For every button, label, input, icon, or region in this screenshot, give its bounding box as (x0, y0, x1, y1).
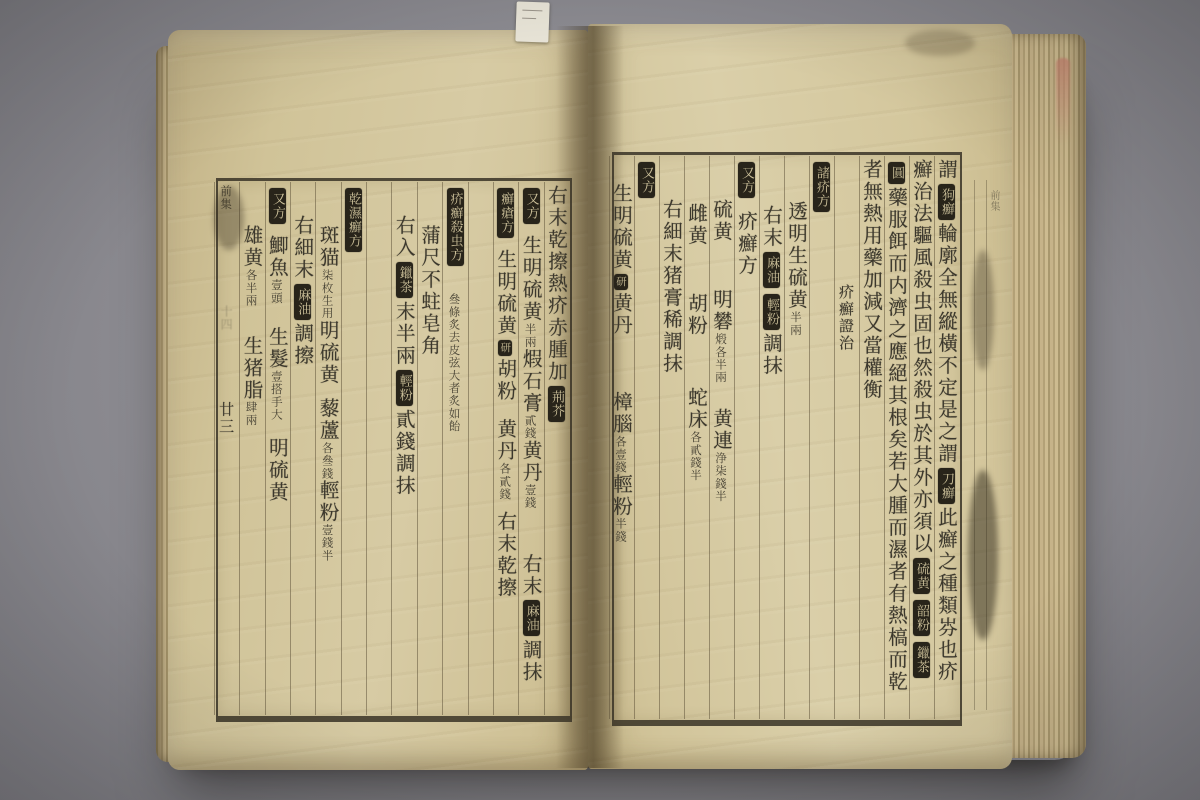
glyph-run: 輕粉 (317, 480, 340, 524)
column-gap (302, 185, 303, 215)
dosage-annotation: 壹錢 (524, 484, 538, 509)
dosage-annotation: 前集 (219, 185, 233, 210)
dosage-annotation: 各半兩 (714, 346, 728, 384)
title-cartouche: 輕粉 (763, 294, 780, 330)
book-photograph: 謂狗癬輪廓全無縱橫不定是之謂刀癬此癬之種類㞣也疥癬治法驅風殺虫固也然殺虫於其外亦… (0, 0, 1200, 800)
text-column: 右入鑞茶末半兩輕粉貳錢調抹 (391, 182, 416, 715)
glyph-run: 雌黄 (685, 203, 708, 247)
column-gap (696, 159, 697, 203)
text-column (366, 182, 391, 715)
glyph-run: 右末乾擦 (494, 511, 517, 599)
text-column: 右細末麻油調擦 (290, 182, 315, 715)
text-column: 疥癬殺虫方叄條炙去皮弦大者炙如飴 (442, 182, 467, 715)
dosage-annotation: 壹錢半 (321, 524, 335, 562)
text-column: 謂狗癬輪廓全無縱橫不定是之謂刀癬此癬之種類㞣也疥 (934, 156, 959, 719)
column-gap (327, 386, 328, 398)
left-page-columns: 右末乾擦熱疥赤腫加荊芥又方生明硫黄半兩煆石膏貳錢黄丹壹錢右末麻油調抹癬瘡方生明硫… (219, 182, 569, 715)
text-column: 雄黄各半兩生猪脂肆兩 (239, 182, 264, 715)
dosage-annotation: 浄 (714, 452, 728, 465)
glyph-run: 此癬之種類㞣也疥 (935, 507, 958, 683)
text-column: 者無熱用藥加減又當權衡 (859, 156, 884, 719)
glyph-run: 右細末 (291, 215, 314, 281)
column-gap (671, 159, 672, 199)
column-gap (276, 421, 277, 437)
text-column: 又方鯽魚壹頭生髮壹搭手大明硫黄 (265, 182, 290, 715)
text-column: 蒲尺不蛀皂角 (417, 182, 442, 715)
column-gap (251, 307, 252, 335)
glyph-run: 明硫黄 (266, 437, 289, 503)
title-cartouche: 諸疥方 (813, 162, 830, 212)
glyph-run: 右末 (760, 205, 783, 249)
title-cartouche: 硫黄 (913, 558, 930, 594)
glyph-run: 硫黄 (710, 199, 733, 243)
heading-run: 疥癬證治 (837, 284, 855, 352)
text-column: 疥癬證治 (834, 156, 859, 719)
title-cartouche: 圓 (888, 162, 905, 184)
glyph-run: 透明生硫黄 (785, 201, 808, 311)
title-cartouche: 疥癬殺虫方 (447, 188, 464, 266)
glyph-run: 貳錢調抹 (393, 409, 416, 497)
column-gap (530, 227, 531, 235)
text-column: 雌黄胡粉蛇床各貳錢半 (684, 156, 709, 719)
left-page-text-frame: 右末乾擦熱疥赤腫加荊芥又方生明硫黄半兩煆石膏貳錢黄丹壹錢右末麻油調抹癬瘡方生明硫… (216, 178, 572, 722)
text-column: 生明硫黄研黄丹樟腦各壹錢輕粉半錢 (609, 156, 634, 719)
glyph-run: 疥癬方 (735, 211, 758, 277)
column-gap (276, 304, 277, 326)
glyph-run: 右末 (520, 553, 543, 597)
dosage-annotation: 各叄錢 (321, 442, 335, 480)
column-gap (721, 384, 722, 408)
column-gap (796, 159, 797, 201)
glyph-run: 蒲尺不蛀皂角 (418, 225, 441, 357)
dosage-annotation: 各壹錢 (614, 436, 628, 474)
dosage-annotation: 各貳錢半 (689, 431, 703, 482)
text-column: 右末乾擦熱疥赤腫加荊芥 (544, 182, 569, 715)
column-gap (505, 501, 506, 511)
glyph-run: 黄丹 (520, 440, 543, 484)
glyph-run: 藥服餌而内濟之應絕其根矣若大腫而濕者有熱槁而乾 (885, 187, 908, 693)
dosage-annotation: 肆兩 (245, 401, 259, 426)
glyph-run: 謂 (935, 159, 958, 181)
title-cartouche: 又方 (738, 162, 755, 198)
right-page-columns: 謂狗癬輪廓全無縱橫不定是之謂刀癬此癬之種類㞣也疥癬治法驅風殺虫固也然殺虫於其外亦… (615, 156, 959, 719)
glyph-run: 鯽魚 (266, 235, 289, 279)
dosage-annotation: 叄條炙去皮弦大者炙如飴 (448, 293, 462, 433)
faint-centerfold-text: 十四 (219, 305, 233, 331)
text-column (468, 182, 493, 715)
column-gap (696, 337, 697, 387)
text-column: 硫黄明礬煅各半兩黄連浄柒錢半 (709, 156, 734, 719)
glyph-run: 生明硫黄 (494, 249, 517, 337)
red-page-edge-tint (1056, 58, 1070, 144)
column-gap (226, 210, 227, 305)
column-gap (276, 227, 277, 235)
column-gap (746, 201, 747, 211)
column-gap (530, 509, 531, 553)
title-cartouche: 麻油 (763, 252, 780, 288)
glyph-run: 右末乾擦熱疥赤腫加 (545, 185, 568, 383)
title-cartouche: 癬瘡方 (497, 188, 514, 238)
text-column: 又方生明硫黄半兩煆石膏貳錢黄丹壹錢右末麻油調抹 (518, 182, 543, 715)
column-gap (403, 185, 404, 215)
text-column: 右末麻油輕粉調抹 (759, 156, 784, 719)
column-gap (721, 159, 722, 199)
glyph-run: 生髮 (266, 326, 289, 370)
dosage-annotation: 半兩 (789, 311, 803, 336)
glyph-run: 明硫黄 (317, 320, 340, 386)
glyph-run: 煆石膏 (520, 348, 543, 414)
text-column: 乾濕癬方 (341, 182, 366, 715)
dosage-annotation: 半錢 (614, 518, 628, 543)
glyph-run: 樟腦 (610, 392, 633, 436)
column-gap (621, 337, 622, 392)
text-column: 右細末猪膏稀調抹 (659, 156, 684, 719)
text-column: 又方疥癬方 (734, 156, 759, 719)
column-gap (721, 243, 722, 289)
process-cartouche: 研 (614, 274, 628, 290)
column-gap (251, 185, 252, 225)
dosage-annotation: 各半兩 (245, 269, 259, 307)
column-gap (696, 247, 697, 293)
glyph-run: 輪廓全無縱橫不定是之謂 (935, 223, 958, 465)
text-column: 透明生硫黄半兩 (784, 156, 809, 719)
text-column: 前集十四廿三 (214, 182, 239, 715)
column-gap (454, 269, 455, 293)
glyph-run: 胡粉 (494, 359, 517, 403)
text-column: 癬瘡方生明硫黄研胡粉黄丹各貳錢右末乾擦 (493, 182, 518, 715)
glyph-run: 右細末猪膏稀調抹 (660, 199, 683, 375)
glyph-run: 調抹 (520, 639, 543, 683)
title-cartouche: 刀癬 (938, 468, 955, 504)
process-cartouche: 研 (498, 340, 512, 356)
glyph-run: 黄連 (710, 408, 733, 452)
title-cartouche: 又方 (638, 162, 655, 198)
glyph-run: 蛇床 (685, 387, 708, 431)
dosage-annotation: 壹頭 (270, 279, 284, 304)
dosage-annotation: 半兩 (524, 323, 538, 348)
text-column: 又方 (634, 156, 659, 719)
glyph-run: 輕粉 (610, 474, 633, 518)
column-gap (505, 403, 506, 419)
glyph-run: 黄丹 (610, 293, 633, 337)
glyph-run: 調擦 (291, 323, 314, 367)
dosage-annotation: 柒錢半 (714, 465, 728, 503)
column-gap (429, 185, 430, 225)
column-gap (846, 159, 847, 284)
dosage-annotation: 貳錢 (524, 414, 538, 439)
glyph-run: 黄丹 (494, 419, 517, 463)
glyph-run: 生猪脂 (241, 335, 264, 401)
paper-tab-sticker (515, 1, 549, 42)
title-cartouche: 輕粉 (396, 370, 413, 406)
column-gap (505, 241, 506, 249)
column-gap (226, 331, 227, 401)
glyph-run: 者無熱用藥加減又當權衡 (860, 159, 883, 401)
title-cartouche: 狗癬 (938, 184, 955, 220)
title-cartouche: 又方 (523, 188, 540, 224)
title-cartouche: 鑞茶 (396, 262, 413, 298)
heading-run: 廿三 (217, 401, 235, 435)
title-cartouche: 鑞茶 (913, 642, 930, 678)
dosage-annotation: 柒枚生用 (321, 269, 335, 320)
glyph-run: 斑猫 (317, 225, 340, 269)
glyph-run: 胡粉 (685, 293, 708, 337)
dosage-annotation: 各貳錢 (498, 463, 512, 501)
column-gap (621, 159, 622, 183)
right-page-text-frame: 謂狗癬輪廓全無縱橫不定是之謂刀癬此癬之種類㞣也疥癬治法驅風殺虫固也然殺虫於其外亦… (612, 152, 962, 726)
text-column: 斑猫柒枚生用明硫黄藜蘆各叄錢輕粉壹錢半 (315, 182, 340, 715)
glyph-run: 藜蘆 (317, 398, 340, 442)
title-cartouche: 麻油 (294, 284, 311, 320)
text-column: 癬治法驅風殺虫固也然殺虫於其外亦須以硫黄韶粉鑞茶 (909, 156, 934, 719)
glyph-run: 雄黄 (241, 225, 264, 269)
column-gap (771, 159, 772, 205)
dosage-annotation: 壹搭手大 (270, 370, 284, 421)
dosage-annotation: 煅 (714, 333, 728, 346)
title-cartouche: 韶粉 (913, 600, 930, 636)
title-cartouche: 又方 (269, 188, 286, 224)
glyph-run: 生明硫黄 (520, 235, 543, 323)
glyph-run: 明礬 (710, 289, 733, 333)
right-page-edge-stack (1008, 34, 1086, 758)
glyph-run: 癬治法驅風殺虫固也然殺虫於其外亦須以 (910, 159, 933, 555)
title-cartouche: 荊芥 (548, 386, 565, 422)
glyph-run: 末半兩 (393, 301, 416, 367)
title-cartouche: 乾濕癬方 (345, 188, 362, 252)
text-column: 諸疥方 (809, 156, 834, 719)
column-gap (327, 185, 328, 225)
glyph-run: 調抹 (760, 333, 783, 377)
glyph-run: 生明硫黄 (610, 183, 633, 271)
glyph-run: 右入 (393, 215, 416, 259)
title-cartouche: 麻油 (523, 600, 540, 636)
text-column: 圓藥服餌而内濟之應絕其根矣若大腫而濕者有熱槁而乾 (884, 156, 909, 719)
